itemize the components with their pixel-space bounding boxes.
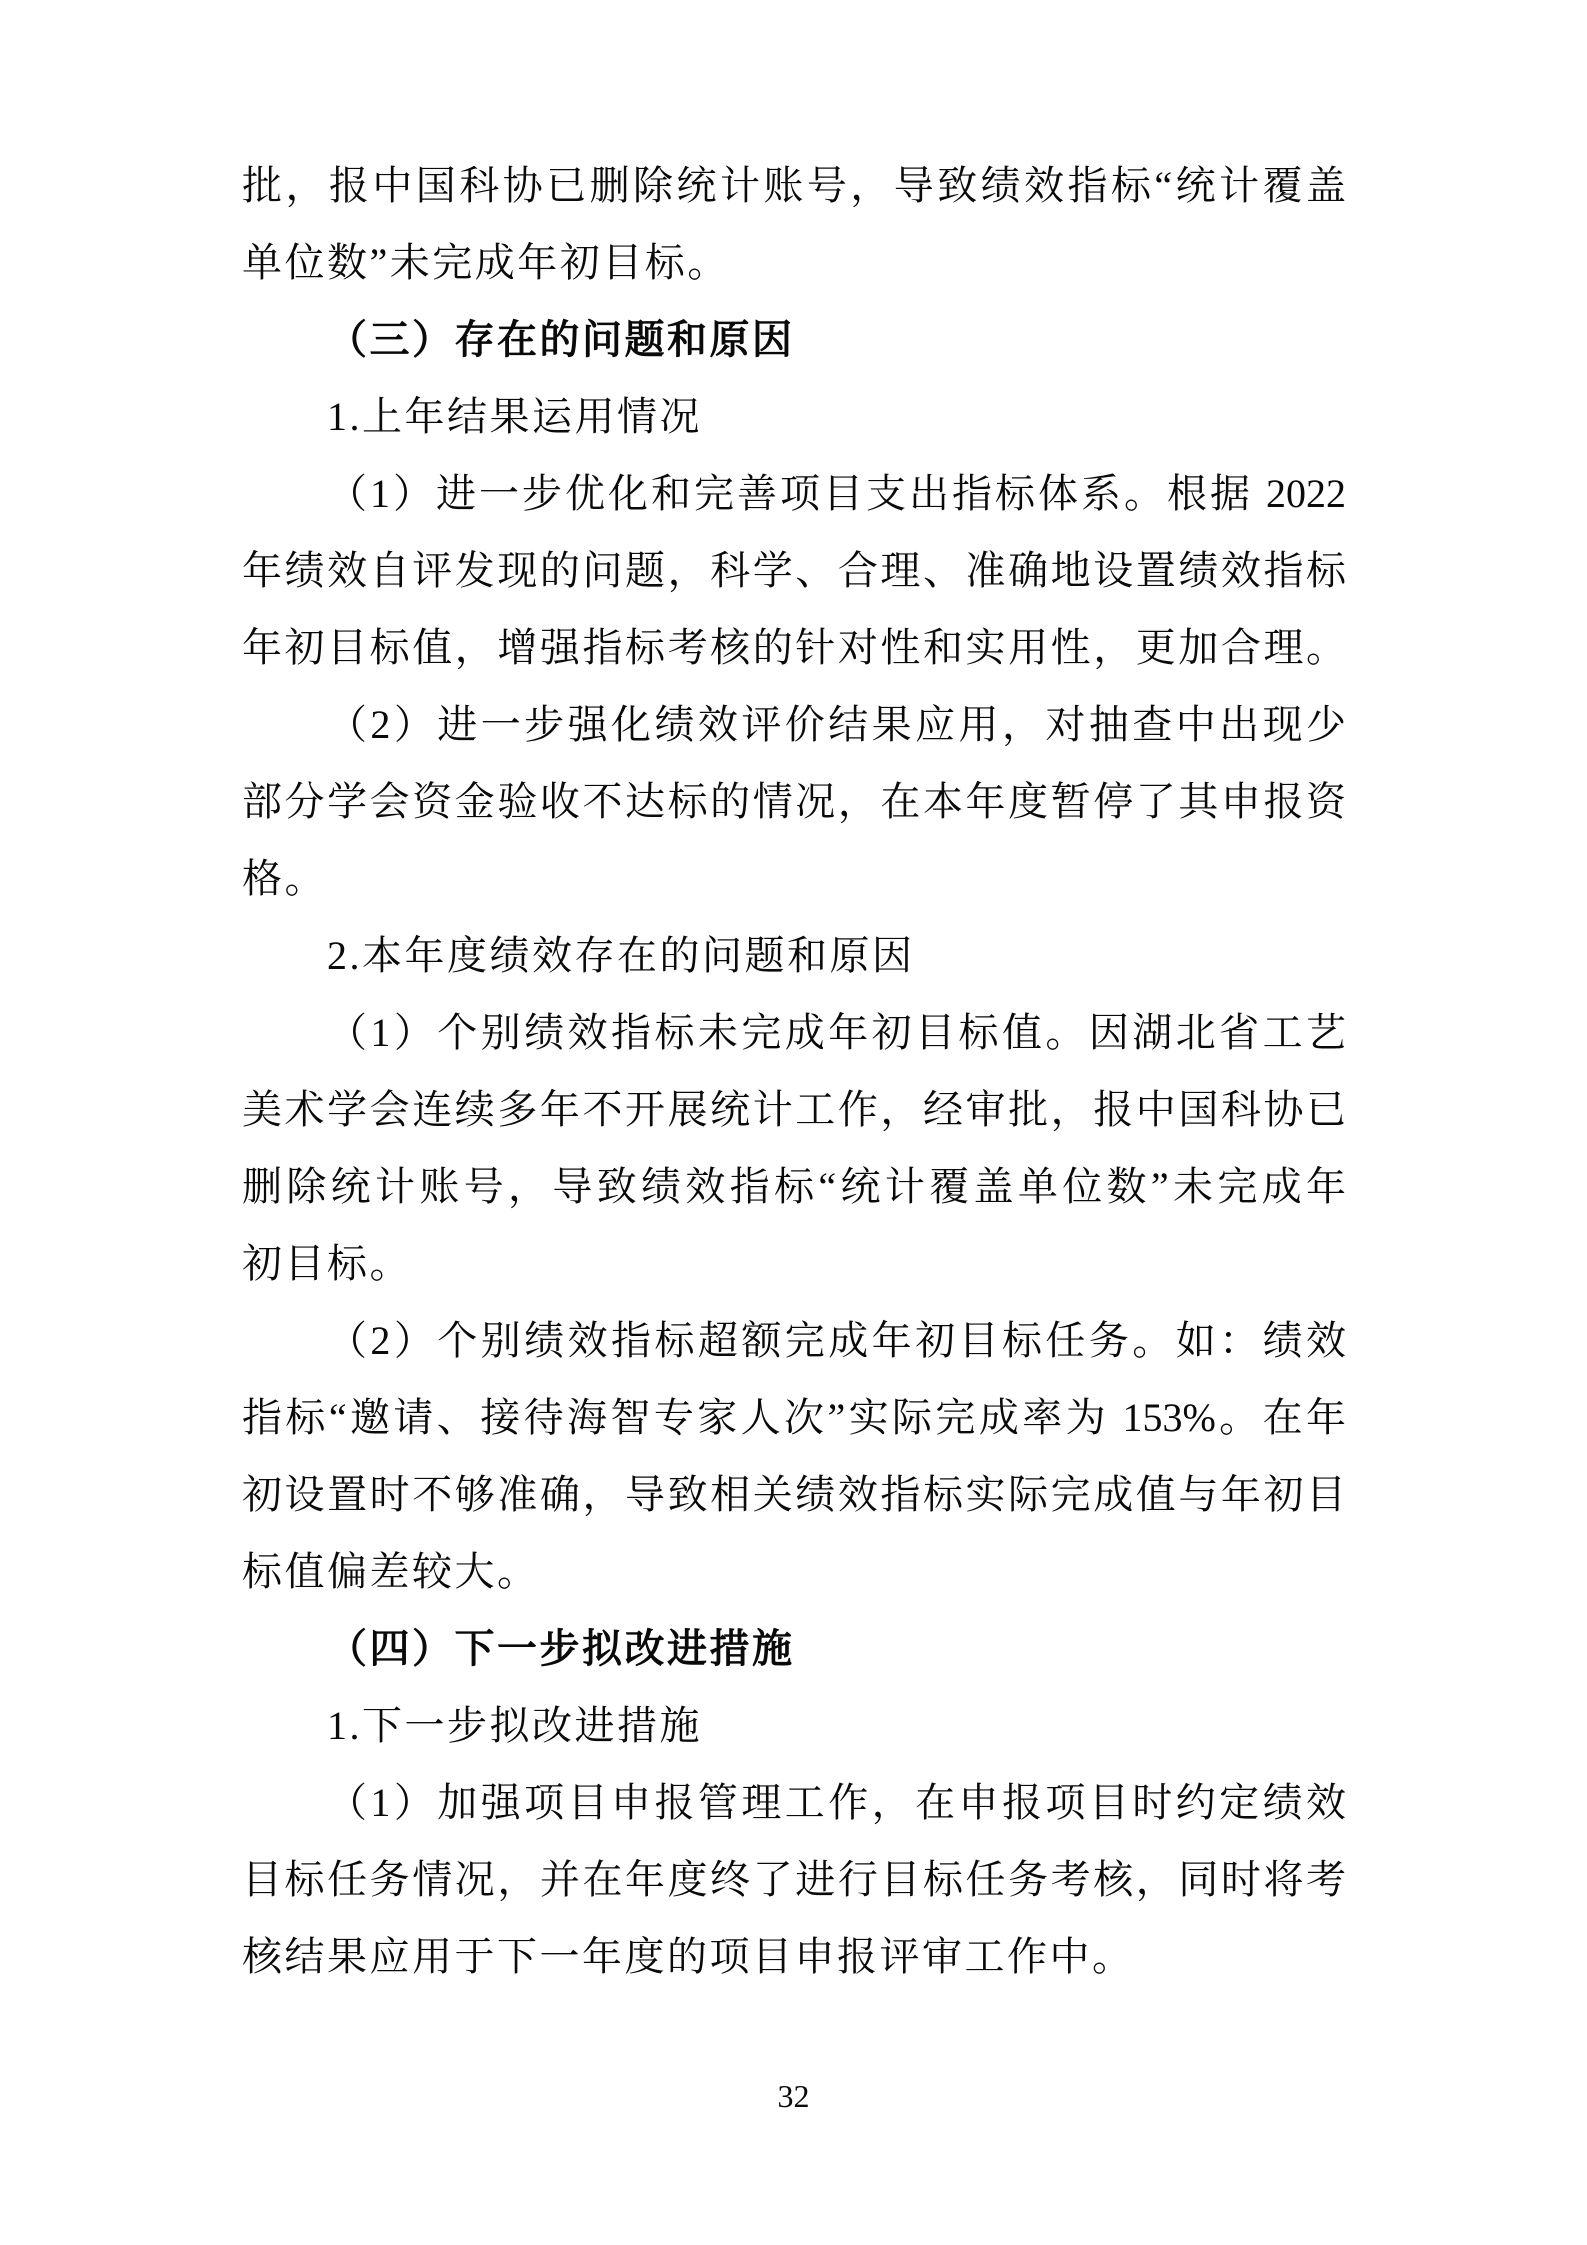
text-line: （2）进一步强化绩效评价结果应用，对抽查中出现少 <box>242 686 1346 763</box>
text-line: 初设置时不够准确，导致相关绩效指标实际完成值与年初目 <box>242 1456 1346 1533</box>
text-line: （1）加强项目申报管理工作，在申报项目时约定绩效 <box>242 1764 1346 1841</box>
text-line: 单位数”未完成年初目标。 <box>242 224 1346 301</box>
text-line: 删除统计账号，导致绩效指标“统计覆盖单位数”未完成年 <box>242 1148 1346 1225</box>
text-line: 2.本年度绩效存在的问题和原因 <box>242 917 1346 994</box>
text-line: 1.上年结果运用情况 <box>242 378 1346 455</box>
section-heading: （三）存在的问题和原因 <box>242 301 1346 378</box>
text-line: 批，报中国科协已删除统计账号，导致绩效指标“统计覆盖 <box>242 147 1346 224</box>
page-number: 32 <box>0 2076 1587 2116</box>
text-line: 初目标。 <box>242 1225 1346 1302</box>
text-line: 部分学会资金验收不达标的情况，在本年度暂停了其申报资 <box>242 763 1346 840</box>
document-page: 批，报中国科协已删除统计账号，导致绩效指标“统计覆盖单位数”未完成年初目标。（三… <box>0 0 1587 2245</box>
text-line: 标值偏差较大。 <box>242 1533 1346 1610</box>
text-line: 指标“邀请、接待海智专家人次”实际完成率为 153%。在年 <box>242 1379 1346 1456</box>
section-heading: （四）下一步拟改进措施 <box>242 1610 1346 1687</box>
document-body: 批，报中国科协已删除统计账号，导致绩效指标“统计覆盖单位数”未完成年初目标。（三… <box>242 147 1346 1995</box>
text-line: 核结果应用于下一年度的项目申报评审工作中。 <box>242 1918 1346 1995</box>
text-line: 年绩效自评发现的问题，科学、合理、准确地设置绩效指标 <box>242 532 1346 609</box>
text-line: 美术学会连续多年不开展统计工作，经审批，报中国科协已 <box>242 1071 1346 1148</box>
text-line: 格。 <box>242 840 1346 917</box>
text-line: 年初目标值，增强指标考核的针对性和实用性，更加合理。 <box>242 609 1346 686</box>
text-line: 1.下一步拟改进措施 <box>242 1687 1346 1764</box>
text-line: （1）进一步优化和完善项目支出指标体系。根据 2022 <box>242 455 1346 532</box>
text-line: （2）个别绩效指标超额完成年初目标任务。如：绩效 <box>242 1302 1346 1379</box>
text-line: （1）个别绩效指标未完成年初目标值。因湖北省工艺 <box>242 994 1346 1071</box>
text-line: 目标任务情况，并在年度终了进行目标任务考核，同时将考 <box>242 1841 1346 1918</box>
